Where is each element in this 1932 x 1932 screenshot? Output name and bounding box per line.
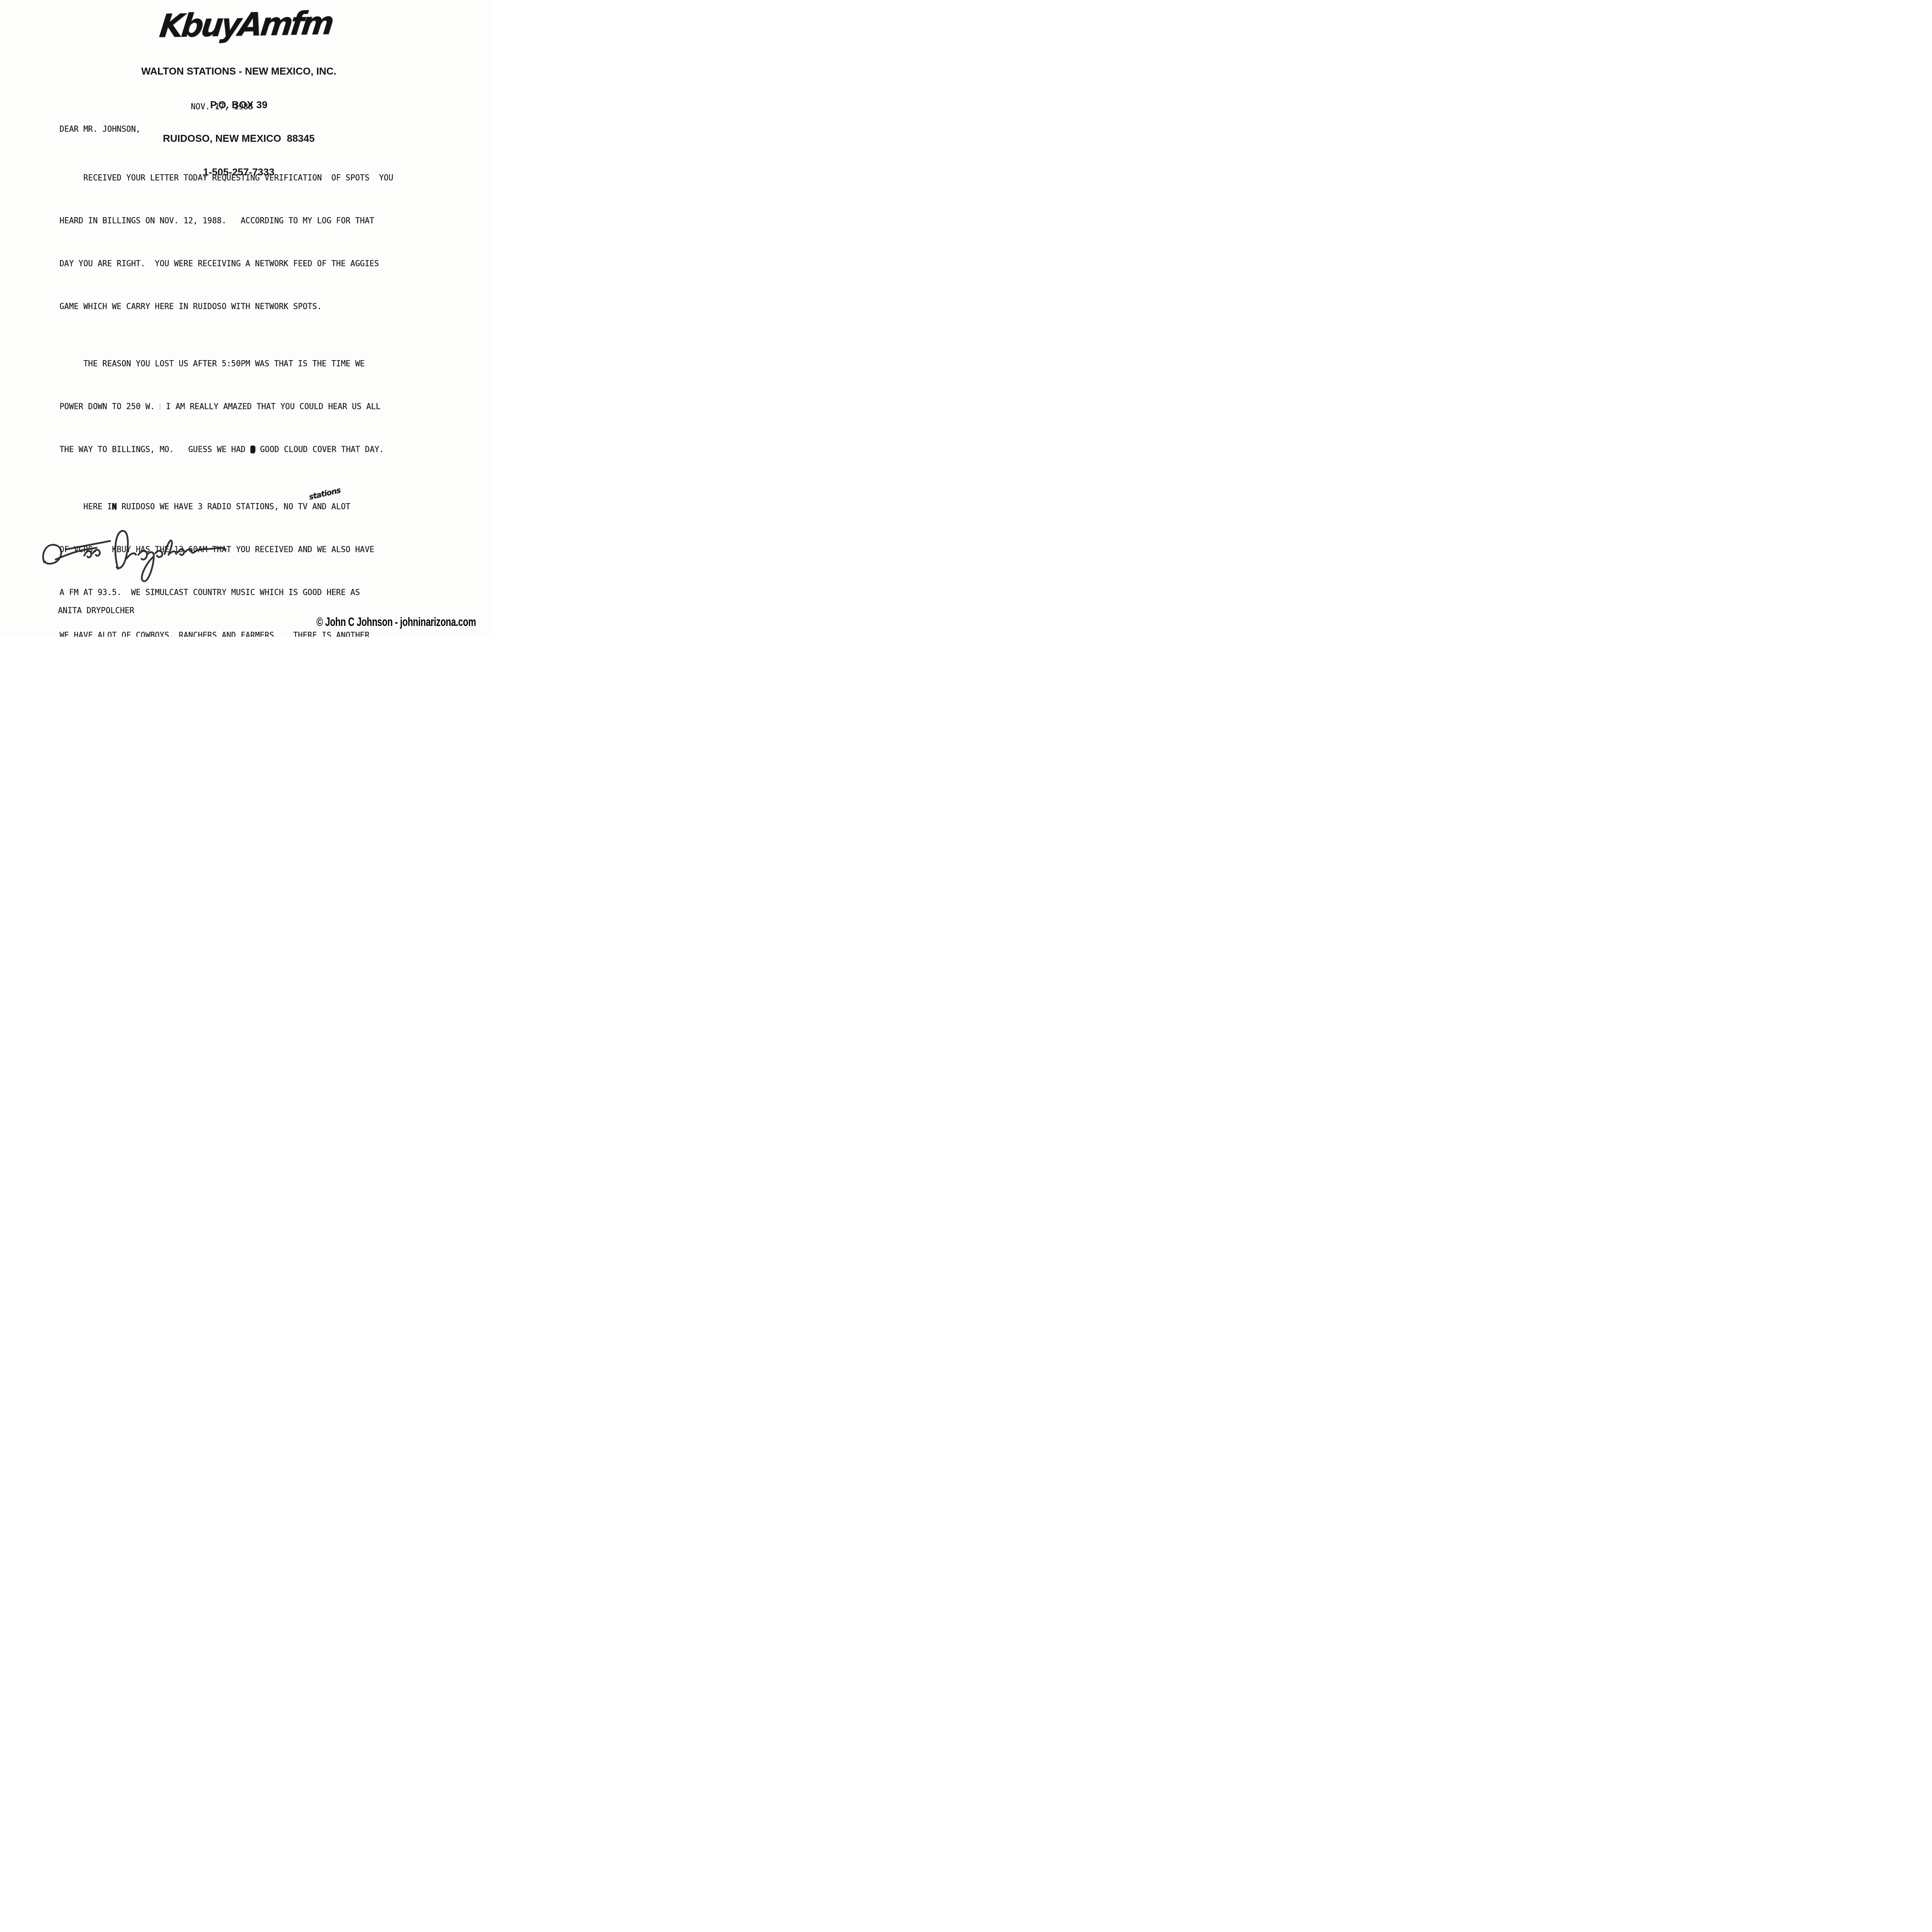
typed-segment: HERE I: [60, 502, 112, 511]
copyright-watermark: © John C Johnson - johninarizona.com: [316, 615, 476, 629]
typed-line: THE REASON YOU LOST US AFTER 5:50PM WAS …: [60, 357, 422, 371]
stray-mark: [160, 403, 160, 410]
letterhead-company: WALTON STATIONS - NEW MEXICO, INC.: [0, 66, 485, 77]
typed-segment: THE WAY TO BILLINGS, MO. GUESS WE HAD: [60, 445, 250, 454]
station-logo: KbuyAmfm: [0, 9, 492, 40]
overstruck-letter: N: [112, 502, 117, 511]
typed-segment: POWER DOWN TO 250 W.: [60, 402, 160, 411]
typed-line: THE WAY TO BILLINGS, MO. GUESS WE HAD GO…: [60, 442, 422, 457]
station-logo-text: KbuyAmfm: [158, 7, 333, 43]
ink-blot: [250, 446, 255, 453]
typed-line: POWER DOWN TO 250 W. I AM REALLY AMAZED …: [60, 400, 422, 414]
typed-line: HERE IN RUIDOSO WE HAVE 3 RADIO STATIONS…: [60, 500, 422, 514]
typed-line: HEARD IN BILLINGS ON NOV. 12, 1988. ACCO…: [60, 214, 422, 228]
salutation: DEAR MR. JOHNSON,: [60, 122, 141, 136]
handwritten-annotation: stations: [308, 483, 342, 504]
sender-name: ANITA DRYPOLCHER: [58, 605, 435, 616]
typed-segment: I AM REALLY AMAZED THAT YOU COULD HEAR U…: [161, 402, 381, 411]
letter-date: NOV. 17, 1988: [191, 100, 253, 114]
typed-line: RECEIVED YOUR LETTER TODAY REQUESTING VE…: [60, 171, 422, 185]
typed-segment: RUIDOSO WE HAVE 3 RADIO STATIONS, NO TV: [117, 502, 312, 511]
typed-line: DAY YOU ARE RIGHT. YOU WERE RECEIVING A …: [60, 257, 422, 271]
typed-segment: AND ALOT: [312, 502, 350, 511]
typed-segment: GOOD CLOUD COVER THAT DAY.: [255, 445, 384, 454]
letter-page: KbuyAmfm WALTON STATIONS - NEW MEXICO, I…: [0, 0, 492, 637]
typed-line: GAME WHICH WE CARRY HERE IN RUIDOSO WITH…: [60, 299, 422, 314]
